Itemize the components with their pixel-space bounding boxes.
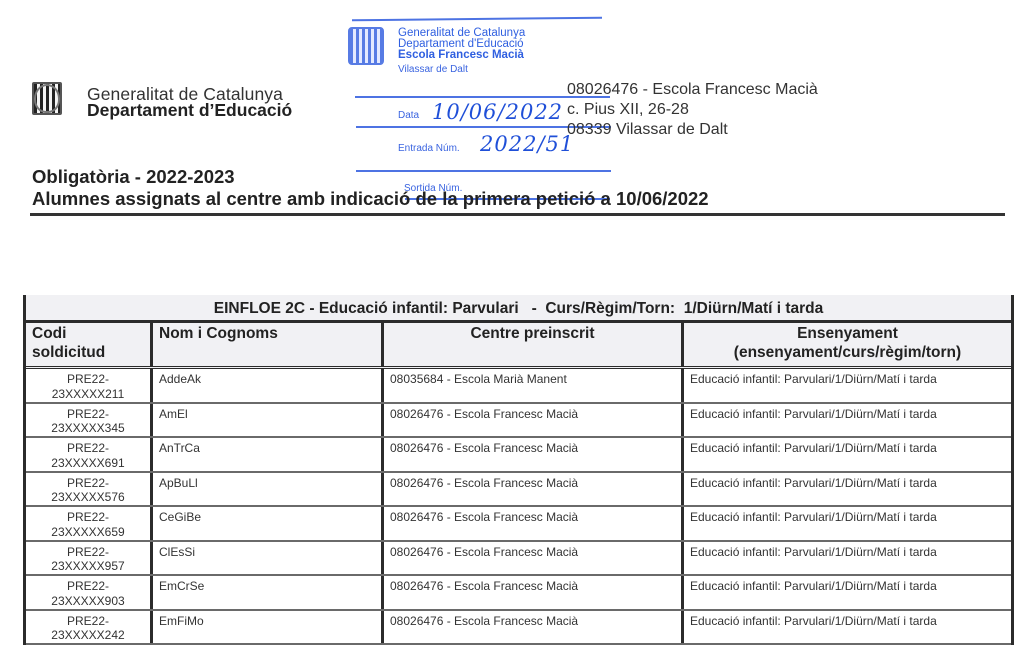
table-row: PRE22- 23XXXXX659CeGiBe08026476 - Escola… [26, 507, 1011, 542]
cell-code: PRE22- 23XXXXX957 [26, 542, 153, 575]
students-table: EINFLOE 2C - Educació infantil: Parvular… [23, 295, 1014, 645]
cell-centre: 08035684 - Escola Marià Manent [384, 369, 684, 402]
table-header-row: Codi soldicitud Nom i Cognoms Centre pre… [26, 323, 1011, 369]
stamp-town: Vilassar de Dalt [398, 64, 468, 75]
table-row: PRE22- 23XXXXX691AnTrCa08026476 - Escola… [26, 438, 1011, 473]
cell-ensenyament: Educació infantil: Parvulari/1/Diürn/Mat… [684, 369, 1011, 402]
cell-centre: 08026476 - Escola Francesc Macià [384, 507, 684, 540]
cell-code: PRE22- 23XXXXX659 [26, 507, 153, 540]
column-header-code: Codi soldicitud [26, 323, 153, 366]
cell-name: EmFiMo [153, 611, 384, 644]
cell-name: AmEl [153, 404, 384, 437]
cell-ensenyament: Educació infantil: Parvulari/1/Diürn/Mat… [684, 404, 1011, 437]
document-subtitle: Obligatòria - 2022-2023 [32, 166, 235, 188]
department-name: Departament d’Educació [87, 100, 292, 121]
stamp-entry-label: Entrada Núm. [398, 143, 460, 154]
cell-centre: 08026476 - Escola Francesc Macià [384, 473, 684, 506]
school-address-line1: 08026476 - Escola Francesc Macià [567, 81, 818, 99]
stamp-date-label: Data [398, 110, 419, 121]
cell-centre: 08026476 - Escola Francesc Macià [384, 438, 684, 471]
school-address-line3: 08339 Vilassar de Dalt [567, 121, 728, 139]
column-header-centre: Centre preinscrit [384, 323, 684, 366]
table-row: PRE22- 23XXXXX903EmCrSe08026476 - Escola… [26, 576, 1011, 611]
cell-centre: 08026476 - Escola Francesc Macià [384, 576, 684, 609]
document-title: Alumnes assignats al centre amb indicaci… [32, 188, 709, 210]
cell-code: PRE22- 23XXXXX691 [26, 438, 153, 471]
title-underline [30, 213, 1005, 216]
cell-ensenyament: Educació infantil: Parvulari/1/Diürn/Mat… [684, 507, 1011, 540]
cell-centre: 08026476 - Escola Francesc Macià [384, 404, 684, 437]
cell-centre: 08026476 - Escola Francesc Macià [384, 611, 684, 644]
cell-ensenyament: Educació infantil: Parvulari/1/Diürn/Mat… [684, 611, 1011, 644]
table-caption: EINFLOE 2C - Educació infantil: Parvular… [26, 295, 1011, 323]
cell-code: PRE22- 23XXXXX576 [26, 473, 153, 506]
cell-name: CeGiBe [153, 507, 384, 540]
cell-ensenyament: Educació infantil: Parvulari/1/Diürn/Mat… [684, 576, 1011, 609]
cell-code: PRE22- 23XXXXX242 [26, 611, 153, 644]
stamp-divider [356, 170, 611, 172]
cell-code: PRE22- 23XXXXX345 [26, 404, 153, 437]
table-row: PRE22- 23XXXXX211AddeAk08035684 - Escola… [26, 369, 1011, 404]
cell-name: AnTrCa [153, 438, 384, 471]
cell-centre: 08026476 - Escola Francesc Macià [384, 542, 684, 575]
cell-ensenyament: Educació infantil: Parvulari/1/Diürn/Mat… [684, 542, 1011, 575]
cell-code: PRE22- 23XXXXX211 [26, 369, 153, 402]
table-body: PRE22- 23XXXXX211AddeAk08035684 - Escola… [26, 369, 1011, 645]
cell-code: PRE22- 23XXXXX903 [26, 576, 153, 609]
cell-ensenyament: Educació infantil: Parvulari/1/Diürn/Mat… [684, 473, 1011, 506]
stamp-logo-icon [348, 27, 384, 65]
table-row: PRE22- 23XXXXX576ApBuLl08026476 - Escola… [26, 473, 1011, 508]
generalitat-logo-icon [32, 82, 62, 115]
cell-ensenyament: Educació infantil: Parvulari/1/Diürn/Mat… [684, 438, 1011, 471]
stamp-entry-value: 2022/51 [480, 132, 574, 156]
table-row: PRE22- 23XXXXX957ClEsSi08026476 - Escola… [26, 542, 1011, 577]
table-row: PRE22- 23XXXXX242EmFiMo08026476 - Escola… [26, 611, 1011, 646]
cell-name: ApBuLl [153, 473, 384, 506]
cell-name: EmCrSe [153, 576, 384, 609]
column-header-name: Nom i Cognoms [153, 323, 384, 366]
column-header-ensenyament: Ensenyament (ensenyament/curs/règim/torn… [684, 323, 1011, 366]
cell-name: ClEsSi [153, 542, 384, 575]
stamp-border-line [352, 17, 602, 22]
cell-name: AddeAk [153, 369, 384, 402]
stamp-school: Escola Francesc Macià [398, 50, 524, 61]
school-address-line2: c. Pius XII, 26-28 [567, 101, 689, 119]
table-row: PRE22- 23XXXXX345AmEl08026476 - Escola F… [26, 404, 1011, 439]
stamp-date-value: 10/06/2022 [432, 100, 563, 124]
